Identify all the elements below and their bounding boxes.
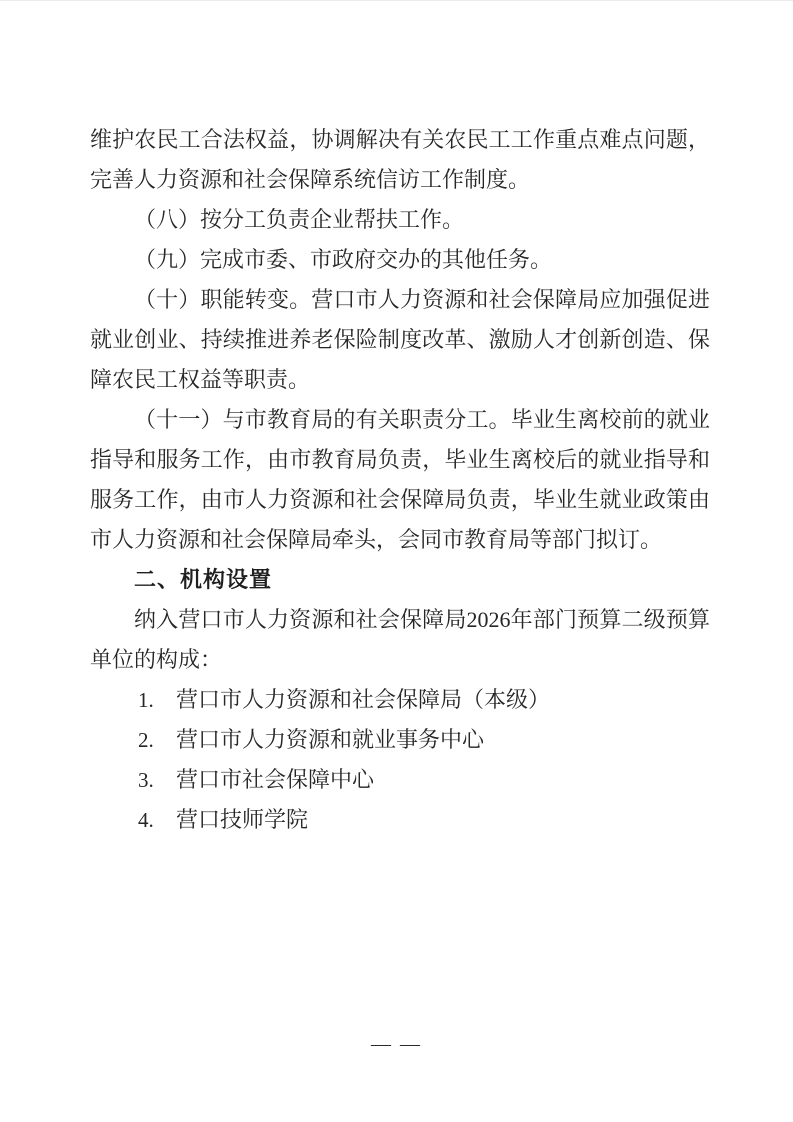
list-item-label: 营口市人力资源和社会保障局（本级）	[176, 687, 550, 712]
list-item-label: 营口市人力资源和就业事务中心	[176, 727, 484, 752]
intro-paragraph: 纳入营口市人力资源和社会保障局2026年部门预算二级预算单位的构成：	[90, 600, 710, 680]
list-item-number: 3.	[138, 760, 176, 800]
list-item: 4.营口技师学院	[90, 800, 710, 840]
paragraph-item-8: （八）按分工负责企业帮扶工作。	[90, 200, 710, 240]
section-heading: 二、机构设置	[90, 560, 710, 600]
paragraph-item-10: （十）职能转变。营口市人力资源和社会保障局应加强促进就业创业、持续推进养老保险制…	[90, 280, 710, 400]
paragraph-item-9: （九）完成市委、市政府交办的其他任务。	[90, 240, 710, 280]
list-item-label: 营口技师学院	[176, 807, 308, 832]
list-item-label: 营口市社会保障中心	[176, 767, 374, 792]
document-body: 维护农民工合法权益，协调解决有关农民工工作重点难点问题，完善人力资源和社会保障系…	[90, 120, 710, 840]
document-page: 维护农民工合法权益，协调解决有关农民工工作重点难点问题，完善人力资源和社会保障系…	[0, 0, 793, 1122]
budget-unit-list: 1.营口市人力资源和社会保障局（本级） 2.营口市人力资源和就业事务中心 3.营…	[90, 680, 710, 840]
list-item-number: 1.	[138, 680, 176, 720]
paragraph-continuation: 维护农民工合法权益，协调解决有关农民工工作重点难点问题，完善人力资源和社会保障系…	[90, 120, 710, 200]
list-item: 1.营口市人力资源和社会保障局（本级）	[90, 680, 710, 720]
paragraph-item-11: （十一）与市教育局的有关职责分工。毕业生离校前的就业指导和服务工作，由市教育局负…	[90, 400, 710, 560]
list-item-number: 4.	[138, 800, 176, 840]
list-item-number: 2.	[138, 720, 176, 760]
list-item: 3.营口市社会保障中心	[90, 760, 710, 800]
list-item: 2.营口市人力资源和就业事务中心	[90, 720, 710, 760]
page-footer: — —	[0, 1032, 793, 1056]
